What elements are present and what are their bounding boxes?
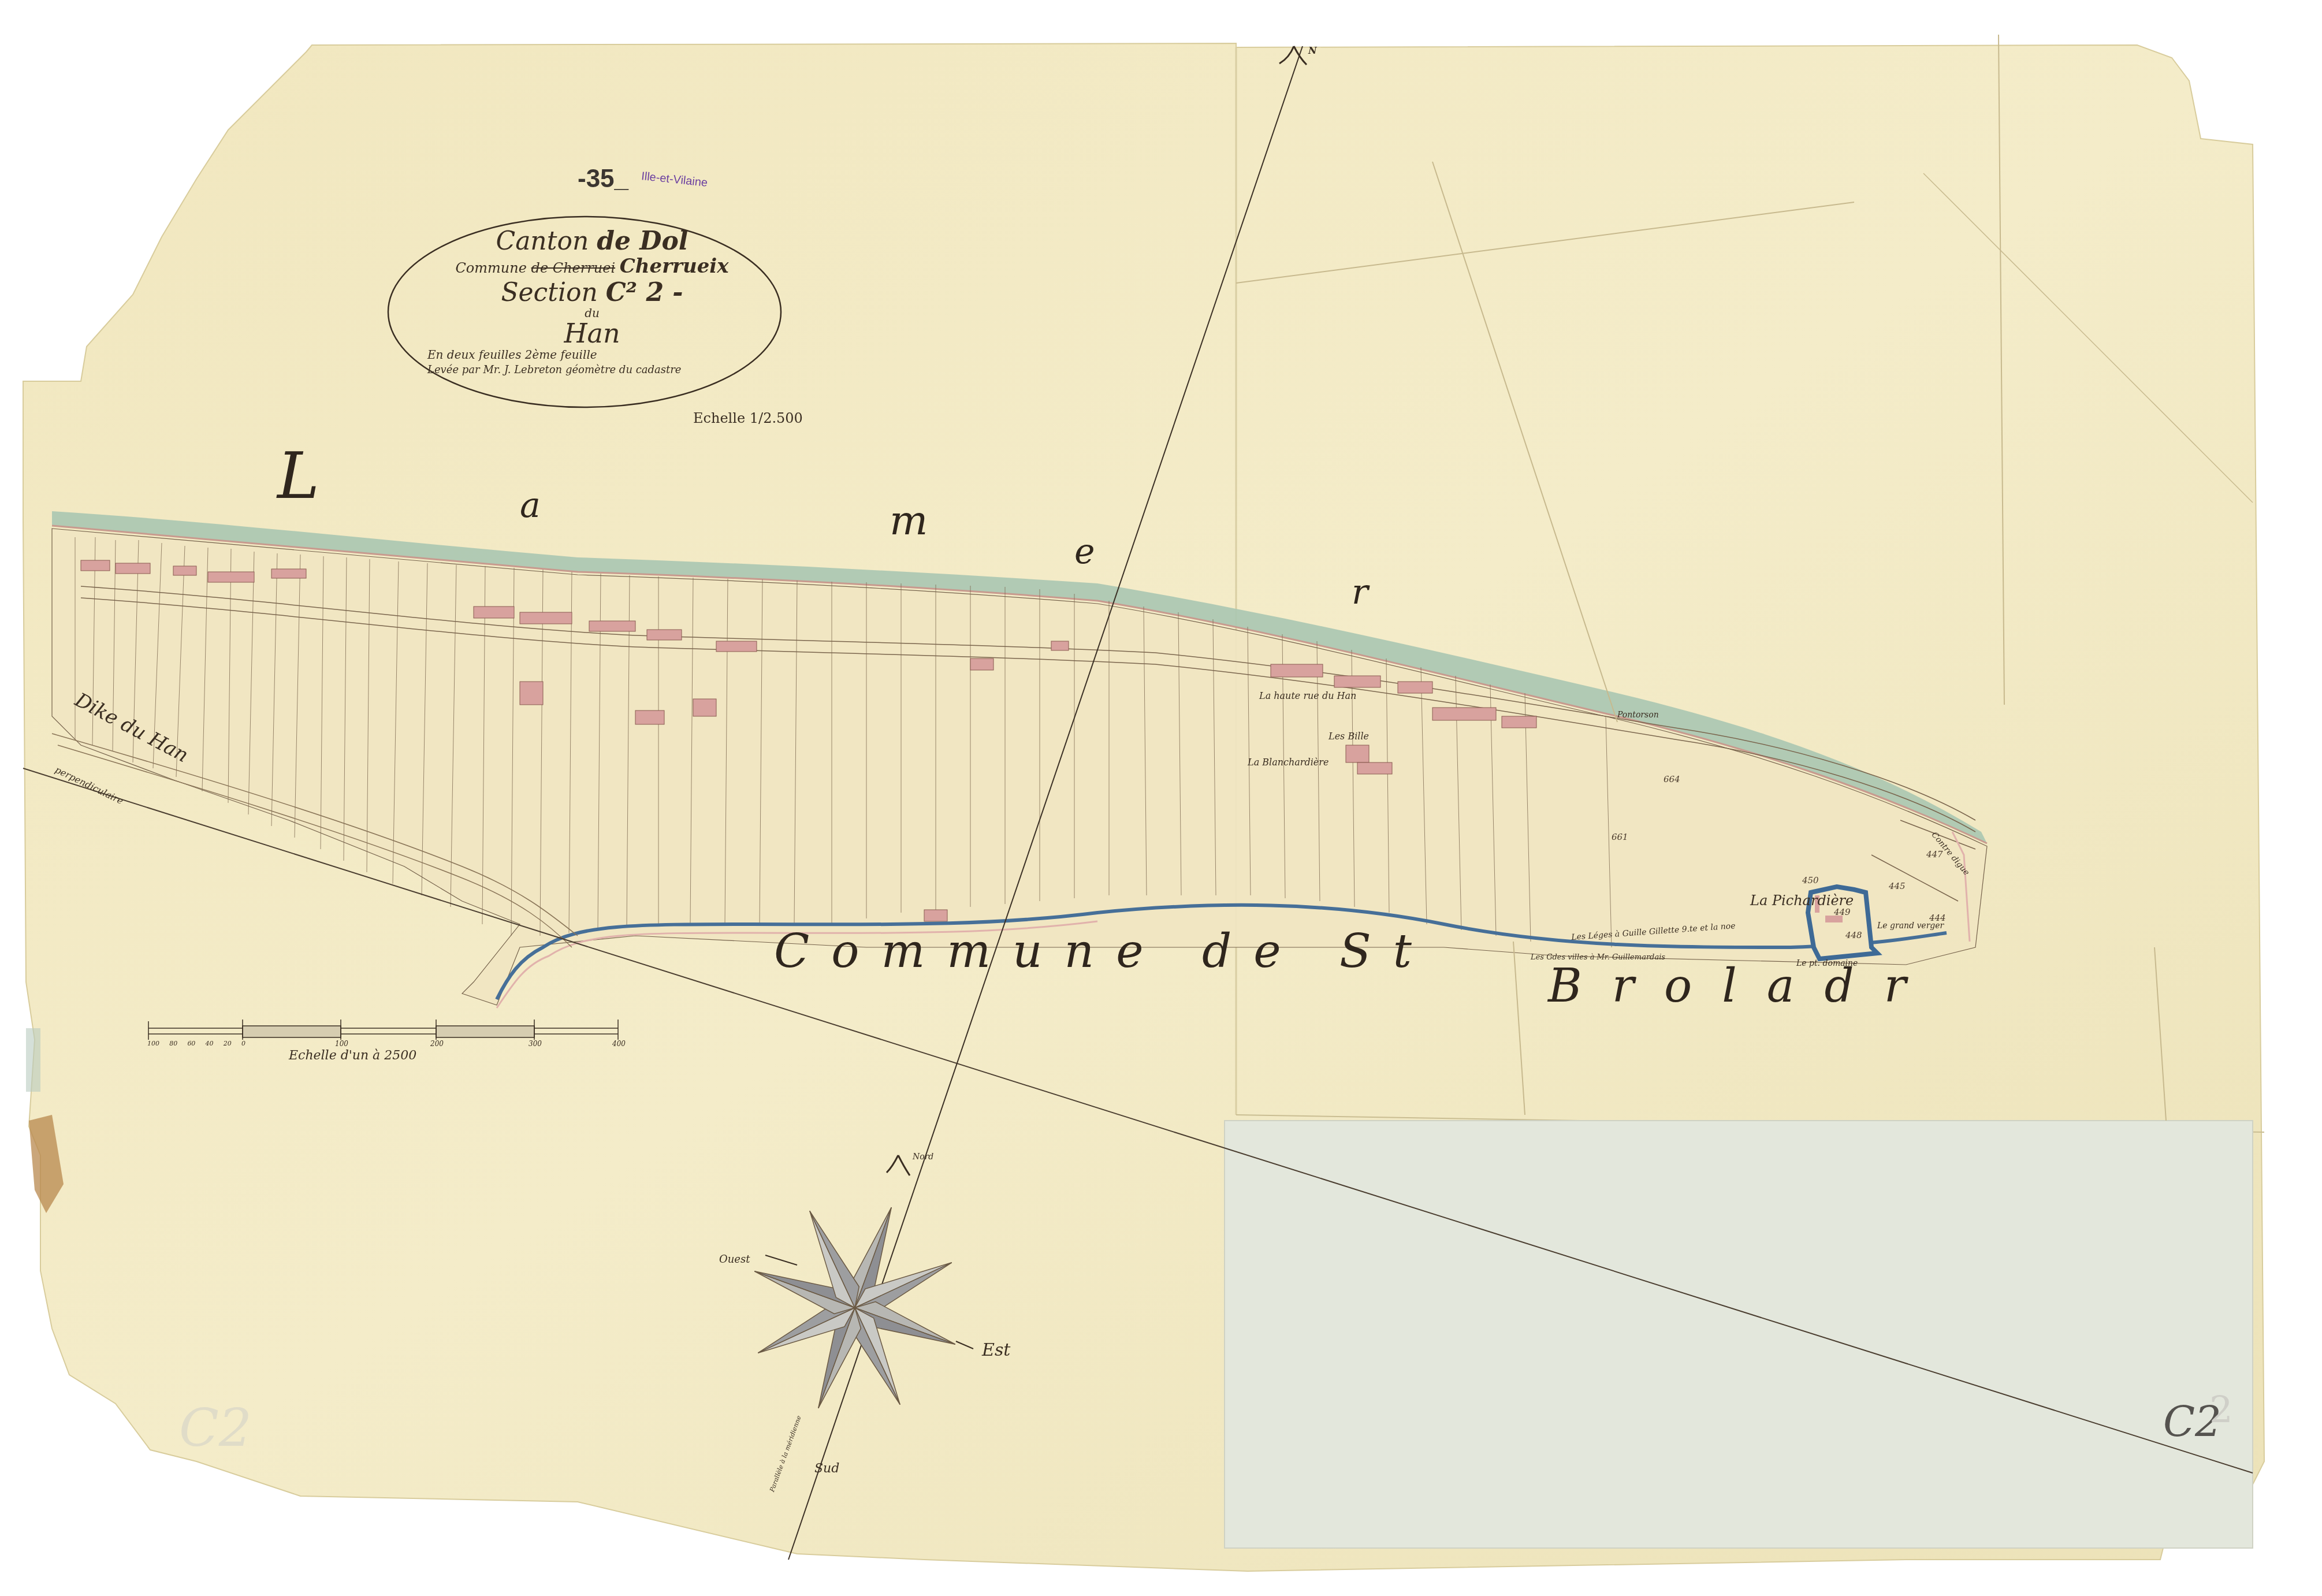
scale-tick: 200 [430,1040,444,1048]
place-bille: Les Bille [1329,731,1369,742]
place-gdes-villes: Les Gdes villes à Mr. Guillemardais [1531,953,1665,962]
section-name: Han [404,320,780,347]
place-haute-rue: La haute rue du Han [1259,690,1356,701]
canton-label: Canton [496,226,589,256]
surveyor: Levée par Mr. J. Lebreton géomètre du ca… [404,363,780,378]
section-value: C² 2 - [606,278,683,307]
section-label: Section [501,278,597,307]
place-pichardiere: La Pichardière [1750,892,1854,909]
scale-ticks-left: 100 80 60 40 20 0 [147,1040,245,1047]
canton-value: de Dol [597,226,688,256]
scale-tick: 80 [169,1040,177,1047]
cadastral-map [0,0,2322,1596]
broladre-region-label: Broladr [1548,959,1936,1013]
scale-tick: 40 [206,1040,214,1047]
scale-tick: 400 [612,1040,626,1048]
place-blanchardiere: La Blanchardière [1248,757,1329,768]
sea-letter-4: e [1074,531,1095,572]
sea-letter-3: m [890,497,928,544]
scale-tick: 100 [147,1040,159,1047]
parcel-number: 664 [1664,774,1680,784]
place-pt-domaine: Le pt. domaine [1796,959,1858,968]
parcel-number: 448 [1845,930,1862,940]
scale-tick: 300 [529,1040,542,1048]
commune-region-label: Commune de St [774,924,1434,978]
scale-tick: 60 [187,1040,195,1047]
commune-label: Commune [455,260,526,276]
scale-bar-caption: Echelle d'un à 2500 [289,1048,416,1063]
parcel-number: 449 [1834,907,1851,917]
place-pontorson: Pontorson [1617,710,1659,720]
scale-tick: 0 [241,1040,245,1047]
sea-letter-2: a [520,485,541,526]
sheet-mark-faint-left: C2 [179,1398,252,1459]
sea-letter-5: r [1352,572,1368,612]
parcel-number: 444 [1929,913,1946,923]
scale-note: Echelle 1/2.500 [693,410,803,426]
parcel-number: 445 [1889,881,1906,891]
parcel-number: 450 [1802,875,1819,886]
sheet-mark-faint: 2 [2209,1389,2233,1432]
sea-letter-1: L [277,439,319,513]
compass-north-letter: N [1308,45,1317,56]
compass-south-label: Sud [814,1461,839,1476]
cartouche: Canton de Dol Commune de Cherruei Cherru… [404,228,780,378]
patch-panel [1225,1121,2253,1548]
parcel-number: 661 [1612,832,1628,842]
department-number-stamp: -35_ [578,165,628,194]
parcel-number: 447 [1926,849,1943,860]
scale-tick: 100 [335,1040,348,1048]
compass-west-label: Ouest [719,1253,750,1266]
commune-value: Cherrueix [620,255,729,278]
compass-east-label: Est [982,1340,1010,1360]
scale-tick: 20 [224,1040,232,1047]
commune-struck-value: de Cherruei [531,260,616,276]
compass-north-label: Nord [913,1152,933,1162]
sheet-count: En deux feuilles 2ème feuille [404,347,780,363]
